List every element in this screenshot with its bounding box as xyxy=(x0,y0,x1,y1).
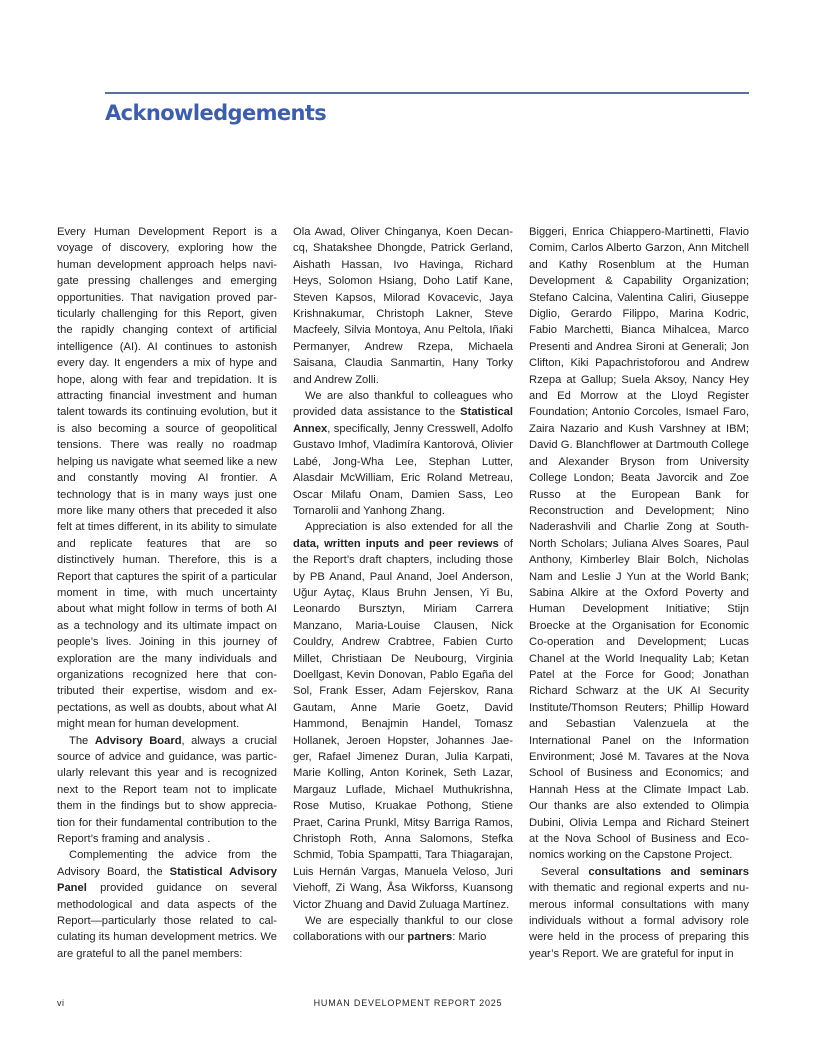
text-run: Several xyxy=(541,866,588,878)
text-run: with thematic and regional experts and n… xyxy=(529,882,749,960)
paragraph: Every Human Development Report is a voya… xyxy=(57,224,277,733)
text-column-3: Biggeri, Enrica Chiappero-Martinetti, Fl… xyxy=(529,224,749,962)
bold-phrase: Advisory Board xyxy=(95,735,182,747)
paragraph: Several consultations and seminars with … xyxy=(529,864,749,962)
text-run: Ola Awad, Oliver Chinganya, Koen Decan­c… xyxy=(293,226,513,386)
paragraph: Complementing the advice from the Adviso… xyxy=(57,847,277,962)
bold-phrase: partners xyxy=(407,931,452,943)
running-footer-title: HUMAN DEVELOPMENT REPORT 2025 xyxy=(0,998,816,1008)
paragraph: We are also thankful to colleagues who p… xyxy=(293,388,513,519)
paragraph: Biggeri, Enrica Chiappero-Martinetti, Fl… xyxy=(529,224,749,864)
paragraph: Ola Awad, Oliver Chinganya, Koen Decan­c… xyxy=(293,224,513,388)
text-run: , always a crucial source of advice and … xyxy=(57,735,277,845)
bold-phrase: consultations and seminars xyxy=(588,866,749,878)
text-run: Every Human Development Report is a voya… xyxy=(57,226,277,730)
bold-phrase: data, written inputs and peer reviews xyxy=(293,538,499,550)
text-run: Appreciation is also extended for all th… xyxy=(305,521,513,533)
paragraph: We are especially thankful to our close … xyxy=(293,913,513,946)
text-column-2: Ola Awad, Oliver Chinganya, Koen Decan­c… xyxy=(293,224,513,946)
text-column-1: Every Human Development Report is a voya… xyxy=(57,224,277,962)
paragraph: Appreciation is also extended for all th… xyxy=(293,519,513,913)
header-rule xyxy=(105,92,749,94)
text-run: provided guidance on several methodologi… xyxy=(57,882,277,960)
text-run: of the Report’s draft chapters, includin… xyxy=(293,538,513,911)
text-run: Biggeri, Enrica Chiappero-Martinetti, Fl… xyxy=(529,226,749,861)
text-run: The xyxy=(69,735,95,747)
text-run: , specifically, Jenny Cresswell, Ad­olfo… xyxy=(293,423,513,517)
page-title: Acknowledgements xyxy=(105,101,326,125)
text-run: : Mario xyxy=(452,931,486,943)
paragraph: The Advisory Board, always a crucial sou… xyxy=(57,733,277,848)
